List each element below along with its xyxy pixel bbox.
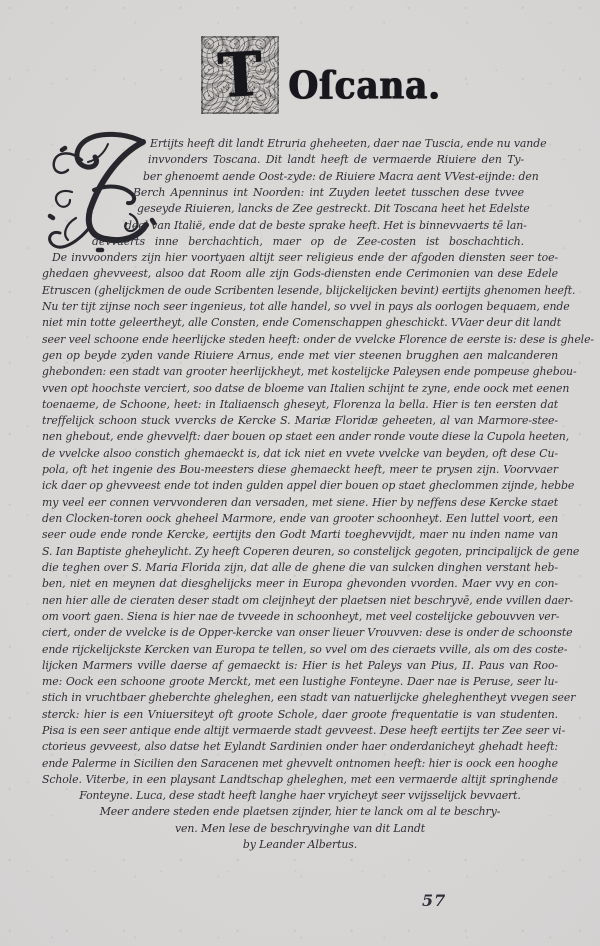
- text-line: Schole. Viterbe, in een playsant Landtsc…: [42, 772, 558, 788]
- page-number: 57: [422, 891, 446, 910]
- text-line: toenaeme, de Schoone, heet: in Italiaens…: [42, 397, 558, 413]
- text-line: De invvoonders zijn hier voortyaen altij…: [42, 250, 558, 266]
- page-title: Oſcana.: [288, 64, 441, 110]
- text-line: nen ghebout, ende ghevvelft: daer bouen …: [42, 429, 558, 445]
- text-line: ctorieus gevveest, also datse het Eyland…: [42, 739, 558, 755]
- text-line: lijcken Marmers vville daerse af gemaeck…: [42, 658, 558, 674]
- text-line: stich in vruchtbaer gheberchte gheleghen…: [42, 690, 558, 706]
- title-initial-letter: T: [217, 43, 263, 106]
- text-line: Nu ter tijt zijnse noch seer ingenieus, …: [42, 299, 558, 315]
- woodcut-initial-icon: T: [201, 36, 279, 114]
- text-line: seer veel schoone ende heerlijcke steden…: [42, 332, 558, 348]
- text-line: vven opt hoochste verciert, soo datse de…: [42, 381, 558, 397]
- text-line: sterck: hier is een Vniuersiteyt oft gro…: [42, 707, 558, 723]
- text-line: ben, niet en meynen dat diesghelijcks me…: [42, 576, 558, 592]
- text-line: me: Oock een schoone groote Merckt, met …: [42, 674, 558, 690]
- text-line: ber ghenoemt aende Oost-zyde: de Riuiere…: [143, 169, 524, 185]
- text-line: my veel eer connen vervvonderen dan vers…: [42, 495, 558, 511]
- book-page: T Oſcana. Ertijts heeft dit landt Etruri…: [0, 0, 600, 946]
- text-line: Fonteyne. Luca, dese stadt heeft langhe …: [42, 788, 558, 804]
- text-line: om voort gaen. Siena is hier nae de tvve…: [42, 609, 558, 625]
- text-line: Meer andere steden ende plaetsen zijnder…: [42, 804, 558, 820]
- text-line: pola, oft het ingenie des Bou-meesters d…: [42, 462, 558, 478]
- text-line: nen hier alle de cieraten deser stadt om…: [42, 593, 558, 609]
- text-line: ick daer op ghevveest ende tot inden gul…: [42, 478, 558, 494]
- body-paragraph: De invvoonders zijn hier voortyaen altij…: [42, 250, 558, 788]
- text-line: Pisa is een seer antique ende altijt ver…: [42, 723, 558, 739]
- text-line: de vvelcke alsoo constich ghemaeckt is, …: [42, 446, 558, 462]
- text-line: deel van Italië, ende dat de beste sprak…: [125, 218, 524, 234]
- text-line: ende rijckelijckste Kercken van Europa t…: [42, 642, 558, 658]
- text-line: ende Palerme in Sicilien den Saracenen m…: [42, 756, 558, 772]
- text-line: Berch Apenninus int Noorden: int Zuyden …: [133, 185, 524, 201]
- text-line: Ertijts heeft dit landt Etruria gheheete…: [150, 136, 524, 152]
- text-line: gen op beyde zyden vande Riuiere Arnus, …: [42, 348, 558, 364]
- text-line: ghebonden: een stadt van grooter heerlij…: [42, 364, 558, 380]
- text-line: invvonders Toscana. Dit landt heeft de v…: [148, 152, 524, 168]
- text-line: den Clocken-toren oock gheheel Marmore, …: [42, 511, 558, 527]
- text-line: by Leander Albertus.: [42, 837, 558, 853]
- text-line: S. Ian Baptiste gheheylicht. Zy heeft Co…: [42, 544, 558, 560]
- intro-paragraph: Ertijts heeft dit landt Etruria gheheete…: [42, 136, 558, 250]
- text-line: Etruscen (ghelijckmen de oude Scribenten…: [42, 283, 558, 299]
- closing-paragraph: Fonteyne. Luca, dese stadt heeft langhe …: [42, 788, 558, 853]
- text-line: ghedaen ghevveest, alsoo dat Room alle z…: [42, 266, 558, 282]
- text-line: treffelijck schoon stuck vvercks de Kerc…: [42, 413, 558, 429]
- text-line: devvaerts inne berchachtich, maer op de …: [92, 234, 524, 250]
- text-line: seer oude ende ronde Kercke, eertijts de…: [42, 527, 558, 543]
- text-line: ven. Men lese de beschryvinghe van dit L…: [42, 821, 558, 837]
- text-line: die teghen over S. Maria Florida zijn, d…: [42, 560, 558, 576]
- text-line: geseyde Riuieren, lancks de Zee gestreck…: [137, 201, 524, 217]
- text-line: niet min totte geleertheyt, alle Consten…: [42, 315, 558, 331]
- text-line: ciert, onder de vvelcke is de Opper-kerc…: [42, 625, 558, 641]
